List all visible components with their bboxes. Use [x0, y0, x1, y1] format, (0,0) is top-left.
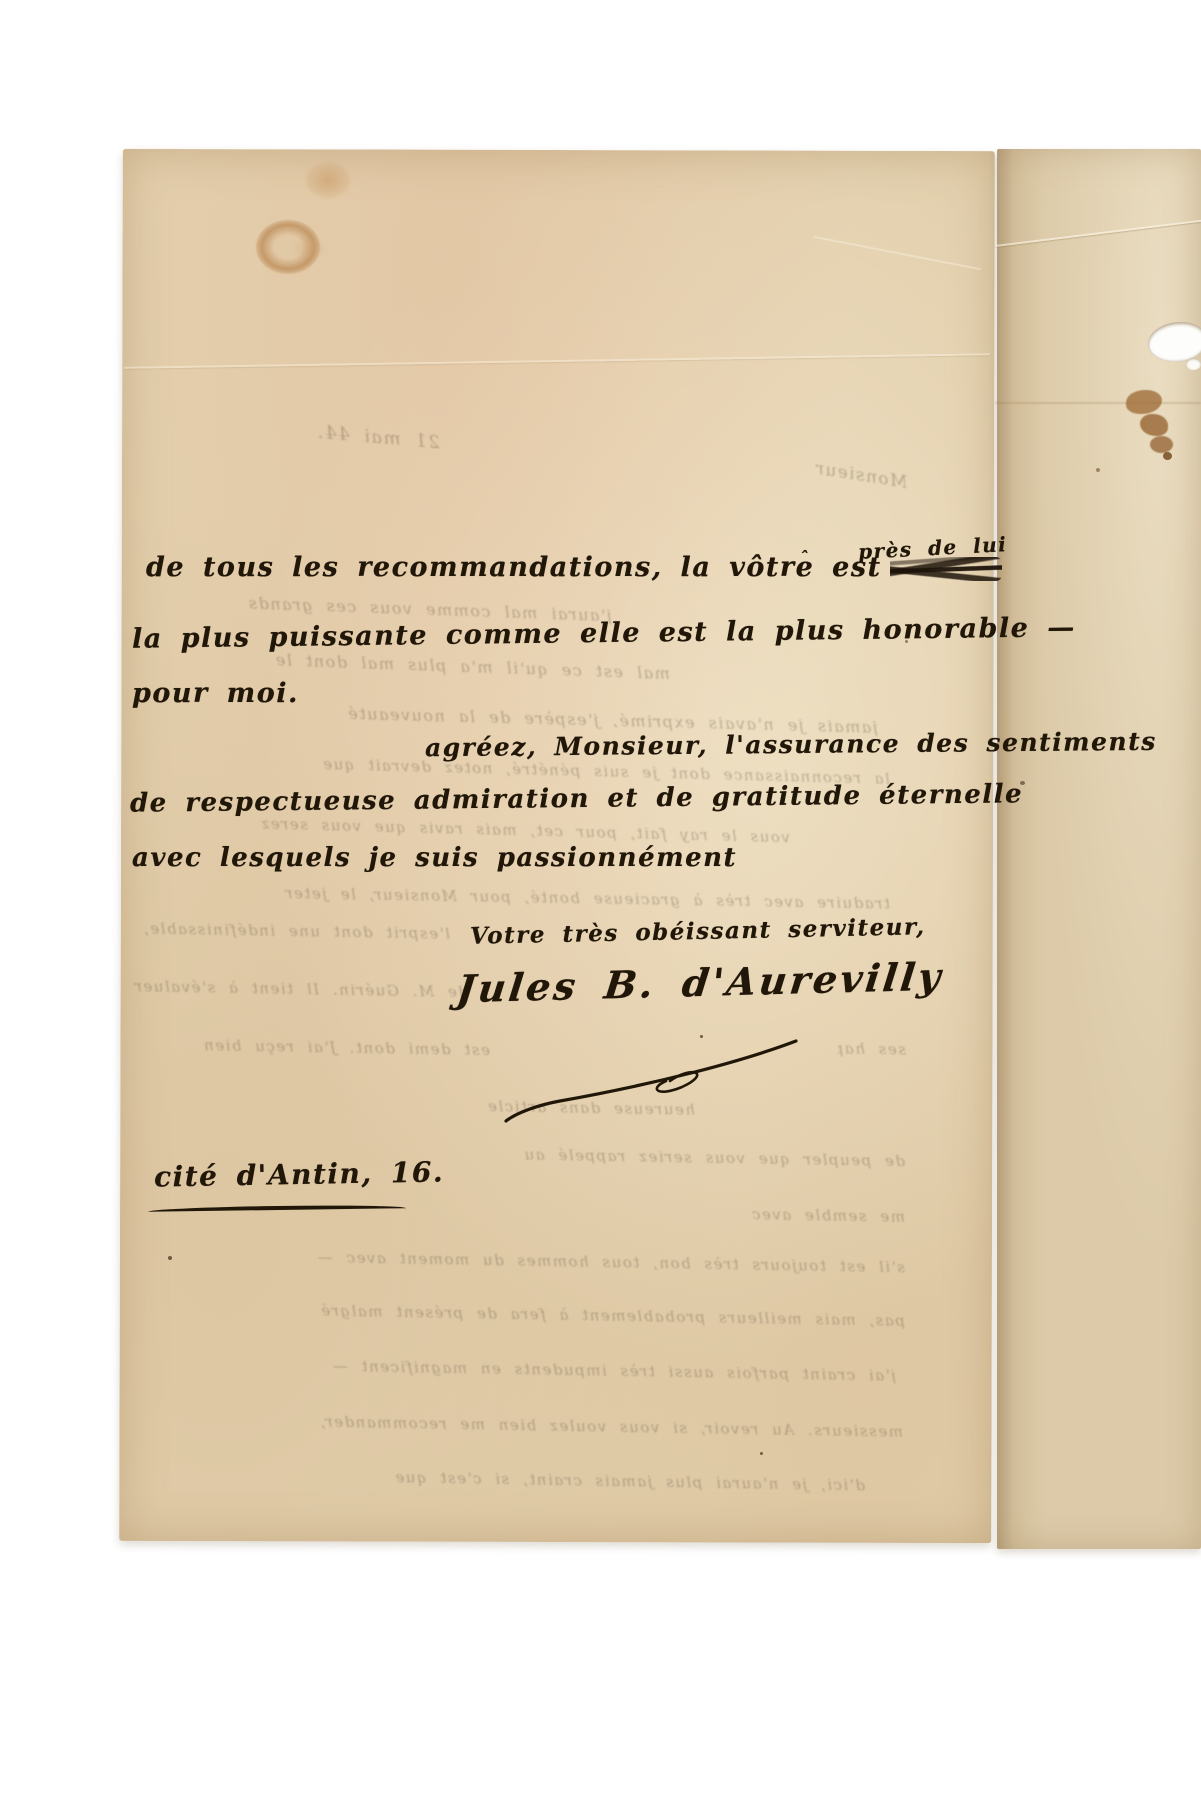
- insertion-caret: ˆ: [800, 548, 810, 567]
- letter-page-folded-edge: [997, 149, 1201, 1549]
- ink-speck: [168, 1256, 172, 1260]
- letter-line-6: avec lesquels je suis passionnément: [132, 843, 737, 873]
- letter-line-1-text: de tous les recommandations, la vôtre es…: [146, 552, 882, 583]
- ink-speck: [1096, 468, 1100, 472]
- letter-photograph: 21 mai 44.Monsieurj'aurai mal comme vous…: [0, 0, 1201, 1800]
- ink-speck: [760, 1452, 763, 1455]
- address-line: cité d'Antin, 16.: [154, 1155, 445, 1193]
- letter-line-3: pour moi.: [132, 678, 299, 709]
- signature-paraph-flourish: [498, 1035, 808, 1125]
